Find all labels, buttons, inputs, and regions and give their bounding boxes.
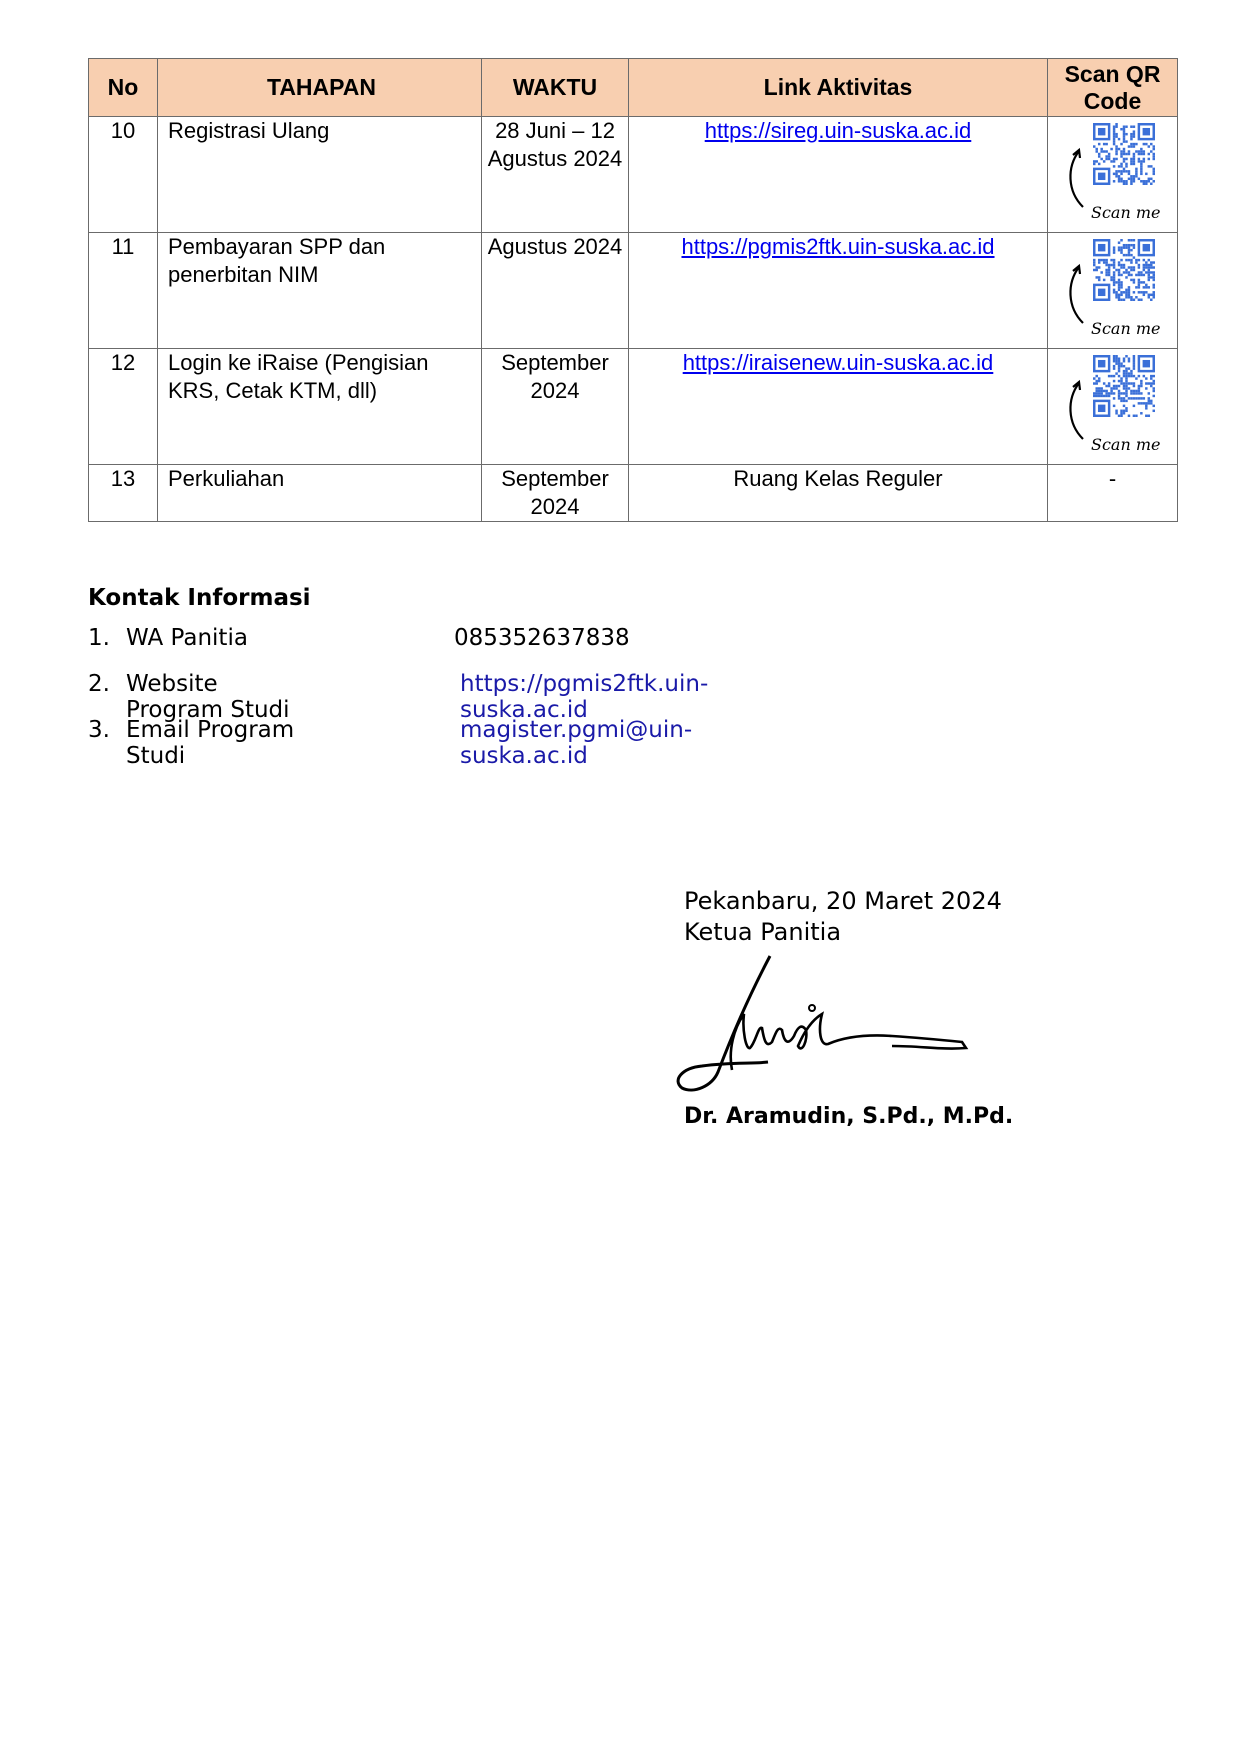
scan-me-caption: Scan me <box>1091 315 1161 343</box>
header-qr: Scan QR Code <box>1048 59 1178 117</box>
header-no: No <box>89 59 158 117</box>
row-tahapan: Registrasi Ulang <box>158 117 482 233</box>
row-no: 12 <box>89 349 158 465</box>
signer-role: Ketua Panitia <box>684 917 1002 948</box>
activity-link[interactable]: https://sireg.uin-suska.ac.id <box>705 118 972 143</box>
signer-name: Dr. Aramudin, S.Pd., M.Pd. <box>684 1104 1013 1129</box>
contact-email-link[interactable]: magister.pgmi@uin-suska.ac.id <box>460 717 692 769</box>
contact-website-link[interactable]: https://pgmis2ftk.uin-suska.ac.id <box>460 671 708 723</box>
table-header-row: No TAHAPAN WAKTU Link Aktivitas Scan QR … <box>89 59 1178 117</box>
schedule-table: No TAHAPAN WAKTU Link Aktivitas Scan QR … <box>88 58 1178 522</box>
header-waktu: WAKTU <box>482 59 629 117</box>
contact-phone: 085352637838 <box>454 625 630 651</box>
header-tahapan: TAHAPAN <box>158 59 482 117</box>
contact-label: Email Program Studi <box>126 717 311 769</box>
contact-label: Website Program Studi <box>126 671 311 723</box>
row-no: 10 <box>89 117 158 233</box>
row-waktu: 28 Juni – 12 Agustus 2024 <box>482 117 629 233</box>
curved-arrow-icon <box>1065 379 1087 441</box>
contact-item: 3. Email Program Studi magister.pgmi@uin… <box>88 717 311 763</box>
row-waktu: September 2024 <box>482 349 629 465</box>
row-waktu: September 2024 <box>482 465 629 522</box>
place-date: Pekanbaru, 20 Maret 2024 <box>684 886 1002 917</box>
contact-section: Kontak Informasi 1. WA Panitia 085352637… <box>88 585 311 763</box>
scan-me-caption: Scan me <box>1091 431 1161 459</box>
table-row: 13 Perkuliahan September 2024 Ruang Kela… <box>89 465 1178 522</box>
row-no: 11 <box>89 233 158 349</box>
row-tahapan: Login ke iRaise (Pengisian KRS, Cetak KT… <box>158 349 482 465</box>
row-tahapan: Pembayaran SPP dan penerbitan NIM <box>158 233 482 349</box>
contact-number: 3. <box>88 717 110 743</box>
contact-title: Kontak Informasi <box>88 585 311 611</box>
scan-me-caption: Scan me <box>1091 199 1161 227</box>
row-no: 13 <box>89 465 158 522</box>
qr-code-icon <box>1093 239 1155 301</box>
contact-label: WA Panitia <box>126 625 248 651</box>
activity-link[interactable]: https://iraisenew.uin-suska.ac.id <box>683 350 994 375</box>
qr-code-block: Scan me <box>1063 235 1163 335</box>
qr-code-icon <box>1093 123 1155 185</box>
table-row: 12 Login ke iRaise (Pengisian KRS, Cetak… <box>89 349 1178 465</box>
signature-icon <box>672 950 972 1100</box>
row-waktu: Agustus 2024 <box>482 233 629 349</box>
contact-number: 2. <box>88 671 110 697</box>
curved-arrow-icon <box>1065 147 1087 209</box>
qr-code-icon <box>1093 355 1155 417</box>
curved-arrow-icon <box>1065 263 1087 325</box>
table-row: 10 Registrasi Ulang 28 Juni – 12 Agustus… <box>89 117 1178 233</box>
table-row: 11 Pembayaran SPP dan penerbitan NIM Agu… <box>89 233 1178 349</box>
contact-item: 1. WA Panitia 085352637838 <box>88 625 311 671</box>
contact-number: 1. <box>88 625 110 651</box>
qr-code-block: Scan me <box>1063 351 1163 451</box>
signature-block: Pekanbaru, 20 Maret 2024 Ketua Panitia <box>684 886 1002 948</box>
row-location: Ruang Kelas Reguler <box>629 465 1048 522</box>
row-tahapan: Perkuliahan <box>158 465 482 522</box>
contact-item: 2. Website Program Studi https://pgmis2f… <box>88 671 311 717</box>
header-link: Link Aktivitas <box>629 59 1048 117</box>
activity-link[interactable]: https://pgmis2ftk.uin-suska.ac.id <box>681 234 994 259</box>
row-qr-empty: - <box>1048 465 1178 522</box>
qr-code-block: Scan me <box>1063 119 1163 219</box>
